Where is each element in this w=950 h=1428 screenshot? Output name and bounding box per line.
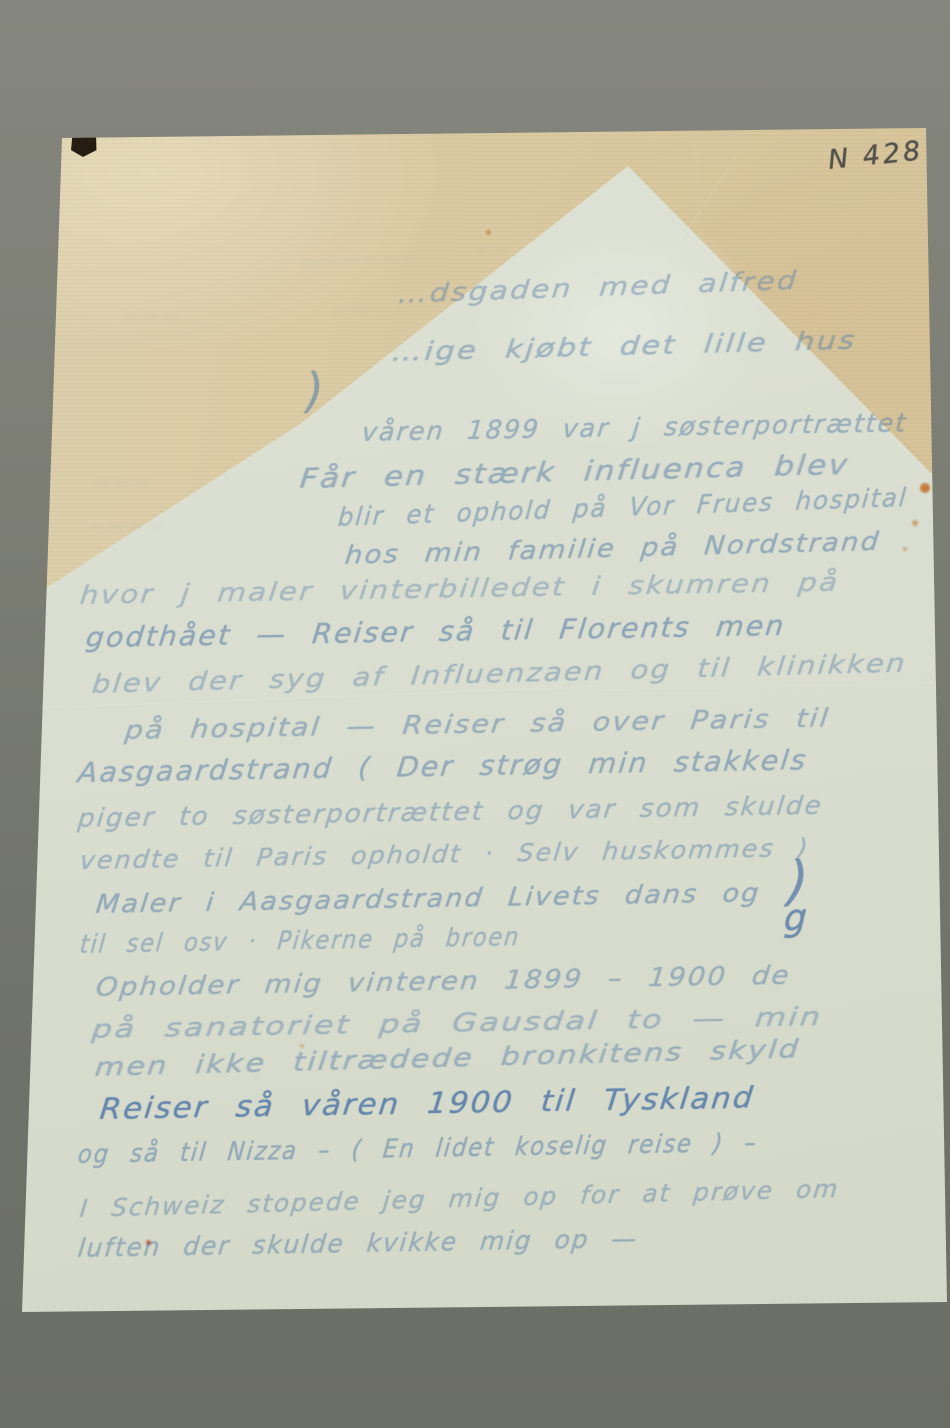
scanned-document-view: N 428 …dsgaden med alfred…ige kjøbt det … [0,0,950,1428]
manuscript-page: N 428 …dsgaden med alfred…ige kjøbt det … [0,0,950,1428]
handwriting-flourish: g [783,900,810,938]
catalog-number: N 428 [827,135,925,176]
paper-stain [912,520,918,526]
paper-stain [903,547,907,551]
erased-text-trace: ~~~ [91,469,154,494]
fastener-mark [69,126,98,158]
erased-text-trace: ~~~~~~ [299,246,422,274]
handwritten-line: til sel osv · Pikerne på broen [79,924,522,958]
erased-text-trace: ~~~~ [329,297,411,324]
paper-stain [486,230,491,235]
erased-text-trace: ~~~ [119,304,182,329]
handwritten-line: ) [306,365,327,414]
erased-text-trace: ~~ [469,239,508,262]
paper-stain [146,1240,151,1245]
erased-text-trace: ~~~~ [85,514,168,539]
paper-stain [300,1044,304,1048]
paper-stain [920,483,930,493]
